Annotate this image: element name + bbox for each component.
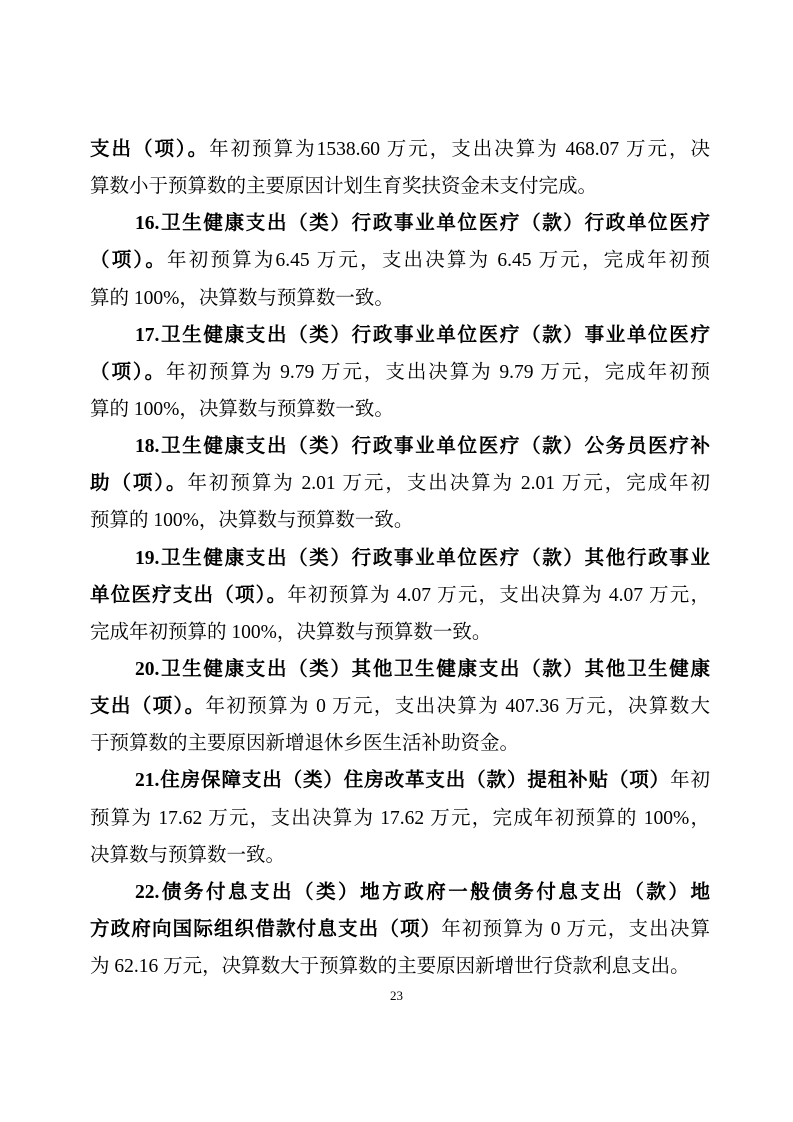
text-line-item-21-heading: 21.住房保障支出（类）住房改革支出（款）提租补贴（项）年初 [90, 762, 710, 799]
line-regular-text: 年初预算为 0 万元，支出决算 [441, 919, 710, 940]
text-line: 决算数与预算数一致。 [90, 837, 710, 874]
line-bold-text: 21.住房保障支出（类）住房改革支出（款）提租补贴（项） [135, 770, 670, 791]
line-bold-text: 18.卫生健康支出（类）行政事业单位医疗（款）公务员医疗补 [135, 436, 710, 457]
line-regular-text: 算的 100%，决算数与预算数一致。 [90, 288, 394, 309]
text-line: 支出（项）。年初预算为 0 万元，支出决算为 407.36 万元，决算数大 [90, 688, 710, 725]
text-line: 完成年初预算的 100%，决算数与预算数一致。 [90, 614, 710, 651]
line-regular-text: 年初预算为 0 万元，支出决算为 407.36 万元，决算数大 [206, 696, 710, 717]
text-line: 方政府向国际组织借款付息支出（项）年初预算为 0 万元，支出决算 [90, 911, 710, 948]
text-line: 算的 100%，决算数与预算数一致。 [90, 280, 710, 317]
text-line-item-19-heading: 19.卫生健康支出（类）行政事业单位医疗（款）其他行政事业 [90, 540, 710, 577]
text-line: （项）。年初预算为 9.79 万元，支出决算为 9.79 万元，完成年初预 [90, 354, 710, 391]
text-line-item-16-heading: 16.卫生健康支出（类）行政事业单位医疗（款）行政单位医疗 [90, 205, 710, 242]
line-regular-text: 年初 [670, 770, 710, 791]
text-line: 单位医疗支出（项）。年初预算为 4.07 万元，支出决算为 4.07 万元， [90, 577, 710, 614]
line-regular-text: 于预算数的主要原因新增退休乡医生活补助资金。 [90, 733, 519, 754]
line-regular-text: 年初预算为1538.60 万元，支出决算为 468.07 万元，决 [209, 139, 710, 160]
line-regular-text: 决算数与预算数一致。 [90, 845, 285, 866]
text-line: 为 62.16 万元，决算数大于预算数的主要原因新增世行贷款利息支出。 [90, 948, 710, 985]
text-line-item-18-heading: 18.卫生健康支出（类）行政事业单位医疗（款）公务员医疗补 [90, 428, 710, 465]
line-bold-text: 方政府向国际组织借款付息支出（项） [90, 919, 441, 940]
text-line-item-20-heading: 20.卫生健康支出（类）其他卫生健康支出（款）其他卫生健康 [90, 651, 710, 688]
document-page: 支出（项）。年初预算为1538.60 万元，支出决算为 468.07 万元，决 … [0, 0, 793, 1122]
line-regular-text: 预算的 100%，决算数与预算数一致。 [90, 510, 413, 531]
line-bold-text: 17.卫生健康支出（类）行政事业单位医疗（款）事业单位医疗 [135, 325, 710, 346]
text-line: 助（项）。年初预算为 2.01 万元，支出决算为 2.01 万元，完成年初 [90, 465, 710, 502]
page-number: 23 [0, 988, 793, 1004]
line-bold-text: 支出（项）。 [90, 696, 206, 717]
text-line-item-17-heading: 17.卫生健康支出（类）行政事业单位医疗（款）事业单位医疗 [90, 317, 710, 354]
text-line: 支出（项）。年初预算为1538.60 万元，支出决算为 468.07 万元，决 [90, 131, 710, 168]
line-bold-text: （项）。 [90, 362, 166, 383]
line-regular-text: 算的 100%，决算数与预算数一致。 [90, 399, 394, 420]
text-line: 预算的 100%，决算数与预算数一致。 [90, 502, 710, 539]
text-line: （项）。年初预算为6.45 万元，支出决算为 6.45 万元，完成年初预 [90, 242, 710, 279]
line-regular-text: 年初预算为 4.07 万元，支出决算为 4.07 万元， [287, 585, 710, 606]
text-line: 算数小于预算数的主要原因计划生育奖扶资金未支付完成。 [90, 168, 710, 205]
line-regular-text: 年初预算为6.45 万元，支出决算为 6.45 万元，完成年初预 [167, 250, 710, 271]
line-bold-text: 20.卫生健康支出（类）其他卫生健康支出（款）其他卫生健康 [135, 659, 710, 680]
text-line: 算的 100%，决算数与预算数一致。 [90, 391, 710, 428]
line-regular-text: 预算为 17.62 万元，支出决算为 17.62 万元，完成年初预算的 100%… [90, 808, 710, 829]
text-line: 预算为 17.62 万元，支出决算为 17.62 万元，完成年初预算的 100%… [90, 800, 710, 837]
text-line-item-22-heading: 22.债务付息支出（类）地方政府一般债务付息支出（款）地 [90, 874, 710, 911]
line-bold-text: （项）。 [90, 250, 167, 271]
line-bold-text: 单位医疗支出（项）。 [90, 585, 287, 606]
line-bold-text: 19.卫生健康支出（类）行政事业单位医疗（款）其他行政事业 [135, 548, 710, 569]
line-bold-text: 16.卫生健康支出（类）行政事业单位医疗（款）行政单位医疗 [135, 213, 710, 234]
line-regular-text: 为 62.16 万元，决算数大于预算数的主要原因新增世行贷款利息支出。 [90, 956, 690, 977]
line-bold-text: 22.债务付息支出（类）地方政府一般债务付息支出（款）地 [135, 882, 710, 903]
line-regular-text: 完成年初预算的 100%，决算数与预算数一致。 [90, 622, 491, 643]
line-bold-text: 助（项）。 [90, 473, 187, 494]
text-line: 于预算数的主要原因新增退休乡医生活补助资金。 [90, 725, 710, 762]
expenditure-notes-text: 支出（项）。年初预算为1538.60 万元，支出决算为 468.07 万元，决 … [90, 131, 710, 985]
line-regular-text: 算数小于预算数的主要原因计划生育奖扶资金未支付完成。 [90, 176, 597, 197]
line-regular-text: 年初预算为 2.01 万元，支出决算为 2.01 万元，完成年初 [187, 473, 710, 494]
line-regular-text: 年初预算为 9.79 万元，支出决算为 9.79 万元，完成年初预 [166, 362, 710, 383]
line-bold-text: 支出（项）。 [90, 139, 209, 160]
